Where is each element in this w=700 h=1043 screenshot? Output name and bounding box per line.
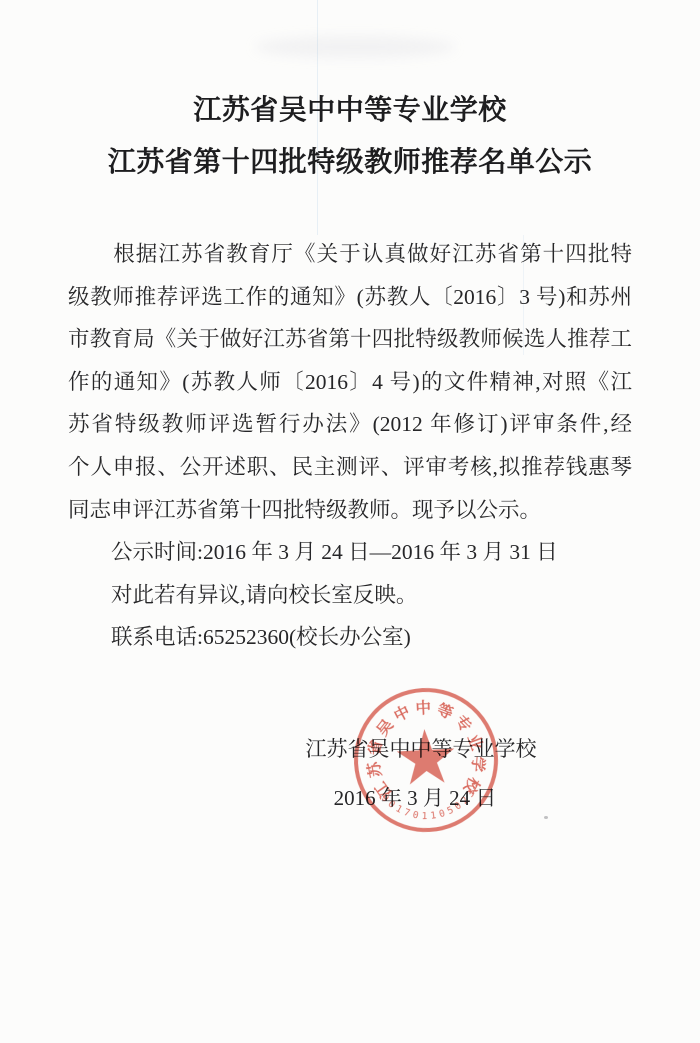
seal-number: 320501107109 [350, 684, 501, 835]
objection-line: 对此若有异议,请向校长室反映。 [68, 574, 632, 617]
body-line: 市教育局《关于做好江苏省第十四批特级教师候选人推荐工 [68, 318, 632, 361]
scan-smudge-artifact [255, 36, 455, 58]
contact-phone-line: 联系电话:65252360(校长办公室) [68, 616, 632, 659]
body-line: 作的通知》(苏教人师〔2016〕4 号)的文件精神,对照《江 [68, 361, 632, 404]
document-body: 根据江苏省教育厅《关于认真做好江苏省第十四批特 级教师推荐评选工作的通知》(苏教… [68, 233, 632, 659]
title-line-school: 江苏省吴中中等专业学校 [0, 84, 700, 136]
body-line: 个人申报、公开述职、民主测评、评审考核,拟推荐钱惠琴 [68, 446, 632, 489]
official-seal: 江苏省吴中中等专业学校 320501107109 [350, 684, 501, 835]
body-line: 同志申评江苏省第十四批特级教师。现予以公示。 [68, 489, 632, 532]
scan-dot-artifact [544, 816, 548, 819]
publicity-period-line: 公示时间:2016 年 3 月 24 日—2016 年 3 月 31 日 [68, 531, 632, 574]
document-title: 江苏省吴中中等专业学校 江苏省第十四批特级教师推荐名单公示 [0, 84, 700, 188]
body-line: 苏省特级教师评选暂行办法》(2012 年修订)评审条件,经 [68, 403, 632, 446]
document-page: 江苏省吴中中等专业学校 江苏省第十四批特级教师推荐名单公示 根据江苏省教育厅《关… [0, 0, 700, 1043]
body-line: 根据江苏省教育厅《关于认真做好江苏省第十四批特 [68, 233, 632, 276]
title-line-notice: 江苏省第十四批特级教师推荐名单公示 [0, 136, 700, 188]
body-line: 级教师推荐评选工作的通知》(苏教人〔2016〕3 号)和苏州 [68, 276, 632, 319]
